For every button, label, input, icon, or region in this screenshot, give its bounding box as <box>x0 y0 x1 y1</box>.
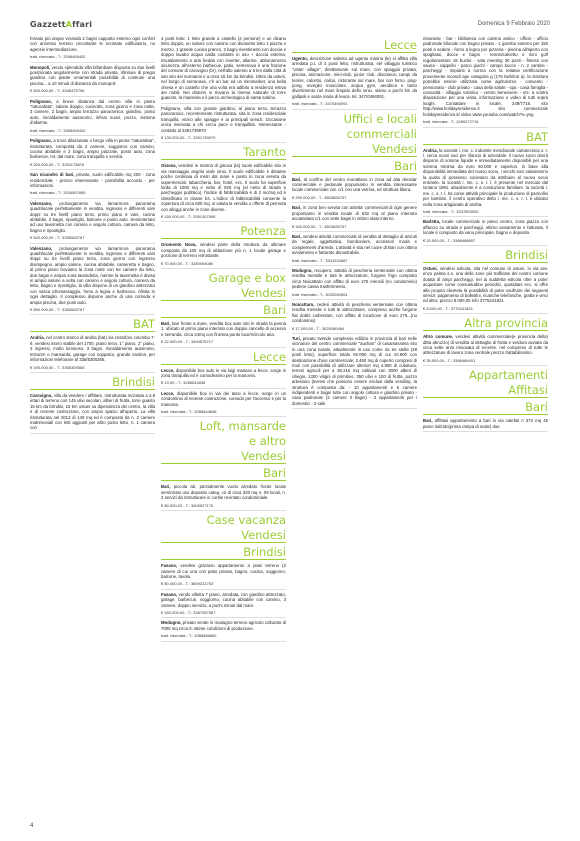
issue-date: Domenica 9 Febbraio 2020 <box>478 21 550 27</box>
ad-location: Barletta, <box>423 219 440 224</box>
section-heading: Lecce <box>161 351 286 365</box>
ad-location: Fasano, <box>161 592 177 597</box>
classified-ad: Ugento, descrizione salento ad ugento ma… <box>292 56 417 110</box>
column-2: 4 posti letto: 1 letto grande a castello… <box>161 36 286 811</box>
ad-body: Modugno, recupero, attività di pescheria… <box>292 268 417 290</box>
ad-location: Andria, <box>423 148 438 153</box>
ad-text: ristorante - bar - biblioteca con camino… <box>423 36 548 117</box>
ad-text: vendesi edicola, sita nel comune di ostu… <box>423 266 548 303</box>
classified-ad: Valenzano, prolungamento via lamarmora p… <box>30 201 155 244</box>
page-number: 4 <box>30 823 33 829</box>
column-4: ristorante - bar - biblioteca con camino… <box>423 36 548 811</box>
classified-ad: Modugno, recupero, attività di pescheria… <box>292 268 417 300</box>
ad-price-contact: € 80.000,00 - T.: 3809231753 <box>161 580 286 586</box>
ad-body: Turi, privato svende complesso edilizio … <box>292 336 417 406</box>
classified-ad: 4 posti letto: 1 letto grande a castello… <box>161 36 286 104</box>
section-heading: Brindisi <box>30 376 155 390</box>
ad-body: Lecce, disponibile box in via dei tassi … <box>161 391 286 407</box>
ad-price-contact: € 130.000,00 - T.: 3391739970 <box>161 134 286 140</box>
ad-body: Bari, vendesi attività commerciale di ve… <box>292 234 417 256</box>
ad-location: Bari, <box>161 484 171 489</box>
ad-location: Lecce, <box>161 391 174 396</box>
classified-ad: Noicattaro, cedesi attività di pescheria… <box>292 302 417 334</box>
section-heading: Lecce <box>292 39 417 53</box>
ad-text: prolungamento via lamarmora panorama qua… <box>30 201 155 233</box>
classified-ad: Monopoli, vendo splendida villa bifamili… <box>30 65 155 97</box>
ad-price-contact: tratt. riservata - T.: 3331234567 <box>292 257 417 263</box>
section-heading: Brindisi <box>423 249 548 263</box>
classified-ad: Ginosa, vendesi in marina di ginosa (ta)… <box>161 163 286 222</box>
column-3: LecceUgento, descrizione salento ad ugen… <box>292 36 417 811</box>
classified-ad: Grumento Nova, vendesi parte della strut… <box>161 242 286 269</box>
section-heading: Vendesi <box>161 287 286 301</box>
ad-text: vendesi grazioso appartamento a piani te… <box>161 563 286 579</box>
classified-ad: Bari, al confine del centro murattiano i… <box>292 177 417 204</box>
ad-text: prolungamento via lamarmora panorama qua… <box>30 246 155 305</box>
ad-location: Modugno, <box>161 620 182 625</box>
classified-ad: Lecce, disponibile box auto in via luigi… <box>161 368 286 389</box>
ad-price-contact: € 150.000,00 - T.: 3391307906 <box>161 213 286 219</box>
classified-ad: Bari, piccola ab. parzialmente vuoto arr… <box>161 484 286 511</box>
column-1: fornato più ampio veranda 2 bagni cappot… <box>30 36 155 811</box>
section-heading: Potenza <box>161 225 286 239</box>
ad-price-contact: tratt. riservata - T.: 3029280504 <box>292 291 417 297</box>
ad-location: Bari, <box>292 177 302 182</box>
ad-price-contact: € 290.000,00 - T.: 3803826757 <box>292 194 417 200</box>
classified-ad: Polignano, a trovo dilazionato o bergo v… <box>30 138 155 170</box>
classified-ad: Bari, vendesi attività commerciale di ve… <box>292 234 417 266</box>
ad-location: Altro comune, <box>423 334 453 339</box>
section-heading: Vendesi <box>161 450 286 464</box>
ad-price-contact: € 550.000,00 - T.: 3355526787 <box>30 306 155 312</box>
classified-ad: Bari, in zona ben servita con attivita' … <box>292 205 417 232</box>
ad-body: Fasano, vendesi grazioso appartamento a … <box>161 563 286 579</box>
ad-location: Andria, <box>30 335 45 340</box>
section-heading: Appartamenti <box>423 369 548 381</box>
ad-price-contact: tratt. riservata - T.: 3334567890 <box>30 189 155 195</box>
ad-text: Polignano, villa con grande giardino, al… <box>161 106 286 133</box>
classified-ad: Altro comune, vendesi attività commercia… <box>423 334 548 366</box>
ad-price-contact: € 13,00 - T.: 3286544836 <box>161 379 286 385</box>
ad-price-contact: tratt. riservata - T.: 3396469402 <box>30 127 155 133</box>
newspaper-logo: GazzettAffari <box>30 20 92 29</box>
ad-body: ristorante - bar - biblioteca con camino… <box>423 36 548 117</box>
section-heading: Altra provincia <box>423 317 548 331</box>
classified-ad: Ostuni, vendesi edicola, sita nel comune… <box>423 266 548 314</box>
classified-ad: Fasano, vendesi grazioso appartamento a … <box>161 563 286 590</box>
ad-location: Bari, <box>423 418 433 423</box>
section-heading: Bari <box>161 467 286 481</box>
ad-text: vendo villetta 7 piano, arredata, con gi… <box>161 592 286 608</box>
ad-body: Carovigno, villa da vendere / affittare,… <box>30 393 155 431</box>
ad-body: Ugento, descrizione salento ad ugento ma… <box>292 56 417 99</box>
classified-ad: Carovigno, villa da vendere / affittare,… <box>30 393 155 434</box>
ad-price-contact: € 160.000,00 - T.: 3387057987 <box>161 609 286 615</box>
classified-ad: Lecce, disponibile box in via dei tassi … <box>161 391 286 418</box>
ad-location: Bari, <box>161 321 171 326</box>
ad-price-contact: € 520.000,00 - T.: 3355526787 <box>30 234 155 240</box>
ad-body: San nicandro di bari, privato, suolo edi… <box>30 172 155 188</box>
section-heading: e altro <box>161 435 286 447</box>
ad-body: Grumento Nova, vendesi parte della strut… <box>161 242 286 258</box>
ad-body: Polignano, villa con grande giardino, al… <box>161 106 286 133</box>
ad-price-contact: € 80.000,00 - T.: 3409527170 <box>161 502 286 508</box>
ad-body: Valenzano, prolungamento via lamarmora p… <box>30 246 155 305</box>
section-heading: Case vacanza <box>161 514 286 526</box>
ad-text: piccola ab. parzialmente vuoto arredato … <box>161 484 286 500</box>
section-heading: Bari <box>292 160 417 174</box>
ad-body: Bari, bari fronte a mare, vendita box au… <box>161 321 286 337</box>
page-header: GazzettAffari Domenica 9 Febbraio 2020 <box>30 20 550 34</box>
ad-text: nel centro storico di andria (bat) via c… <box>30 335 155 362</box>
classified-ad: San nicandro di bari, privato, suolo edi… <box>30 172 155 199</box>
classified-ad: Turi, privato svende complesso edilizio … <box>292 336 417 409</box>
ad-price-contact: € 70.000,00 - T.: 3280064080 <box>161 260 286 266</box>
ad-price-contact: tratt. riservata - T.: 3286544836 <box>161 408 286 414</box>
ad-location: Turi, <box>292 336 301 341</box>
ad-location: San nicandro di bari, <box>30 172 75 177</box>
ad-price-contact: € 35.000,00 - T.: 3386469401 <box>423 357 548 363</box>
ad-price-contact: € 190.000,00 - T.: 3358309555 <box>30 364 155 370</box>
ad-text: disponibile box in via dei tassi a lecce… <box>161 391 286 407</box>
ad-body: Altro comune, vendesi attività commercia… <box>423 334 548 356</box>
ad-text: vendesi in marina di ginosa (ta) suolo e… <box>161 163 286 211</box>
ad-price-contact: tratt. riservata - T.: 3337893000 <box>423 208 548 214</box>
ad-body: Barletta, locale commerciale in pieno ce… <box>423 219 548 235</box>
classified-ad: Bari, affittasi appartamento a bari in v… <box>423 418 548 432</box>
ad-price-contact: € 17.000,00 - T.: 3029280464 <box>292 325 417 331</box>
ad-location: Grumento Nova, <box>161 242 197 247</box>
ad-text: descrizione salento ad ugento marina (le… <box>292 56 417 99</box>
ad-body: Lecce, disponibile box auto in via luigi… <box>161 368 286 379</box>
ad-location: Polignano, <box>30 99 52 104</box>
section-heading: Garage e box <box>161 272 286 284</box>
ad-price-contact: € 22.000,00 - T.: 3494575717 <box>161 338 286 344</box>
classified-ad: Barletta, locale commerciale in pieno ce… <box>423 219 548 246</box>
section-heading: Affitasi <box>423 384 548 398</box>
ad-body: Bari, in zona ben servita con attivita' … <box>292 205 417 221</box>
section-heading: Bari <box>161 304 286 318</box>
classified-ad: Andria, la società i. me. c. industrie m… <box>423 148 548 218</box>
classified-ad: Fasano, vendo villetta 7 piano, arredata… <box>161 592 286 619</box>
ad-price-contact: € 200.000,00 - T.: 3391178876 <box>30 161 155 167</box>
ad-body: 4 posti letto: 1 letto grande a castello… <box>161 36 286 101</box>
ad-text: locale commerciale in pieno centro, zona… <box>423 219 548 235</box>
ad-price-contact: € 8.000,00 - T.: 3775241821 <box>423 305 548 311</box>
ad-body: Bari, affittasi appartamento a bari in v… <box>423 418 548 429</box>
ad-price-contact: € 20.000,00 - T.: 3388468857 <box>423 237 548 243</box>
ad-body: Bari, piccola ab. parzialmente vuoto arr… <box>161 484 286 500</box>
classified-ad: Bari, bari fronte a mare, vendita box au… <box>161 321 286 348</box>
section-heading: Taranto <box>161 146 286 160</box>
classified-ad: Valenzano, prolungamento via lamarmora p… <box>30 246 155 316</box>
ad-text: 4 posti letto: 1 letto grande a castello… <box>161 36 286 100</box>
ad-body: Noicattaro, cedesi attività di pescheria… <box>292 302 417 324</box>
classified-ad: fornato più ampio veranda 2 bagni cappot… <box>30 36 155 63</box>
ad-location: Carovigno, <box>30 393 52 398</box>
ad-price-contact: tratt. riservata - T.: 3470494091 <box>292 100 417 106</box>
classified-ad: ristorante - bar - biblioteca con camino… <box>423 36 548 128</box>
ad-price-contact: tratt. riservata - T.: 3388486862 <box>161 632 286 638</box>
ad-location: Noicattaro, <box>292 302 314 307</box>
ad-body: Bari, al confine del centro murattiano i… <box>292 177 417 193</box>
ad-text: vendesi attività commerciale di vendita … <box>292 234 417 255</box>
section-heading: commerciali <box>292 128 417 140</box>
ad-text: villa da vendere / affittare, ristruttur… <box>30 393 155 430</box>
ad-text: in zona ben servita con attivita' commer… <box>292 205 417 221</box>
classified-ad: Andria, nel centro storico di andria (ba… <box>30 335 155 372</box>
ad-body: Ginosa, vendesi in marina di ginosa (ta)… <box>161 163 286 212</box>
ad-body: Modugno, privato vende in modugno terren… <box>161 620 286 631</box>
ad-body: Polignano, a breve distanza dal centro v… <box>30 99 155 126</box>
ad-location: Bari, <box>292 234 302 239</box>
classified-ad: Polignano, a breve distanza dal centro v… <box>30 99 155 136</box>
section-heading: Bari <box>423 401 548 415</box>
ad-body: Polignano, a trovo dilazionato o bergo v… <box>30 138 155 160</box>
ad-price-contact: tratt. riservata - T.: 3490272716 <box>423 118 548 124</box>
ad-location: Modugno, <box>292 268 313 273</box>
ad-text: al confine del centro murattiano in zona… <box>292 177 417 193</box>
ad-body: Fasano, vendo villetta 7 piano, arredata… <box>161 592 286 608</box>
section-heading: Brindisi <box>161 546 286 560</box>
ad-body: Valenzano, prolungamento via lamarmora p… <box>30 201 155 233</box>
section-heading: BAT <box>423 131 548 145</box>
ad-location: Ginosa, <box>161 163 177 168</box>
section-heading: BAT <box>30 318 155 332</box>
ad-location: Ugento, <box>292 56 308 61</box>
ad-price-contact: tratt. riservata - T.: 3396469402 <box>30 53 155 59</box>
classified-ad: Modugno, privato vende in modugno terren… <box>161 620 286 641</box>
ad-text: disponibile box auto in via luigi marian… <box>161 368 286 378</box>
ad-body: Monopoli, vendo splendida villa bifamili… <box>30 65 155 87</box>
ad-location: Valenzano, <box>30 201 52 206</box>
ad-location: Bari, <box>292 205 302 210</box>
ad-location: Lecce, <box>161 368 174 373</box>
ad-body: Andria, nel centro storico di andria (ba… <box>30 335 155 362</box>
ad-location: Monopoli, <box>30 65 50 70</box>
section-heading: Vendesi <box>161 529 286 543</box>
ad-location: Polignano, <box>30 138 52 143</box>
ad-location: Ostuni, <box>423 266 438 271</box>
section-heading: Loft, mansarde <box>161 420 286 432</box>
ad-body: fornato più ampio veranda 2 bagni cappot… <box>30 36 155 52</box>
classifieds-columns: fornato più ampio veranda 2 bagni cappot… <box>30 36 550 811</box>
ad-price-contact: € 340.000,00 - T.: 3803826757 <box>292 223 417 229</box>
ad-body: Andria, la società i. me. c. industrie m… <box>423 148 548 207</box>
ad-location: Valenzano, <box>30 246 52 251</box>
ad-text: affittasi appartamento a bari in via cal… <box>423 418 548 428</box>
ad-text: fornato più ampio veranda 2 bagni cappot… <box>30 36 155 52</box>
ad-body: Ostuni, vendesi edicola, sita nel comune… <box>423 266 548 304</box>
ad-text: la società i. me. c. industrie meridiona… <box>423 148 548 207</box>
classified-ad: Polignano, villa con grande giardino, al… <box>161 106 286 143</box>
section-heading: Uffici e locali <box>292 113 417 125</box>
ad-location: Fasano, <box>161 563 177 568</box>
ad-text: privato svende complesso edilizio in pro… <box>292 336 417 406</box>
ad-price-contact: € 500.000,00 - T.: 3336475706 <box>30 87 155 93</box>
section-heading: Vendesi <box>292 143 417 157</box>
ad-text: bari fronte a mare, vendita box auto sit… <box>161 321 286 337</box>
